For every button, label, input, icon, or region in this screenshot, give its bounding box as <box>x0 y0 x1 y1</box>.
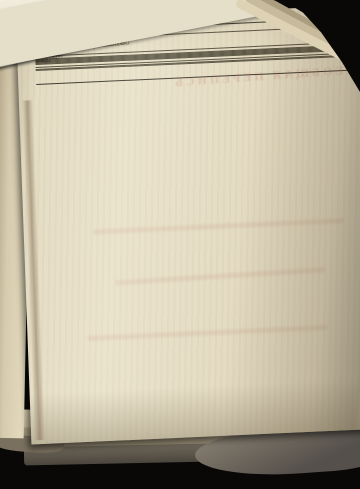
page-lighting <box>16 5 360 445</box>
census-page: 123456789101112ФАМИЛІЯ, (прозвище), ИМЯ … <box>16 5 360 445</box>
book-photo: 123456789101112ФАМИЛІЯ, (прозвище), ИМЯ … <box>0 0 360 489</box>
